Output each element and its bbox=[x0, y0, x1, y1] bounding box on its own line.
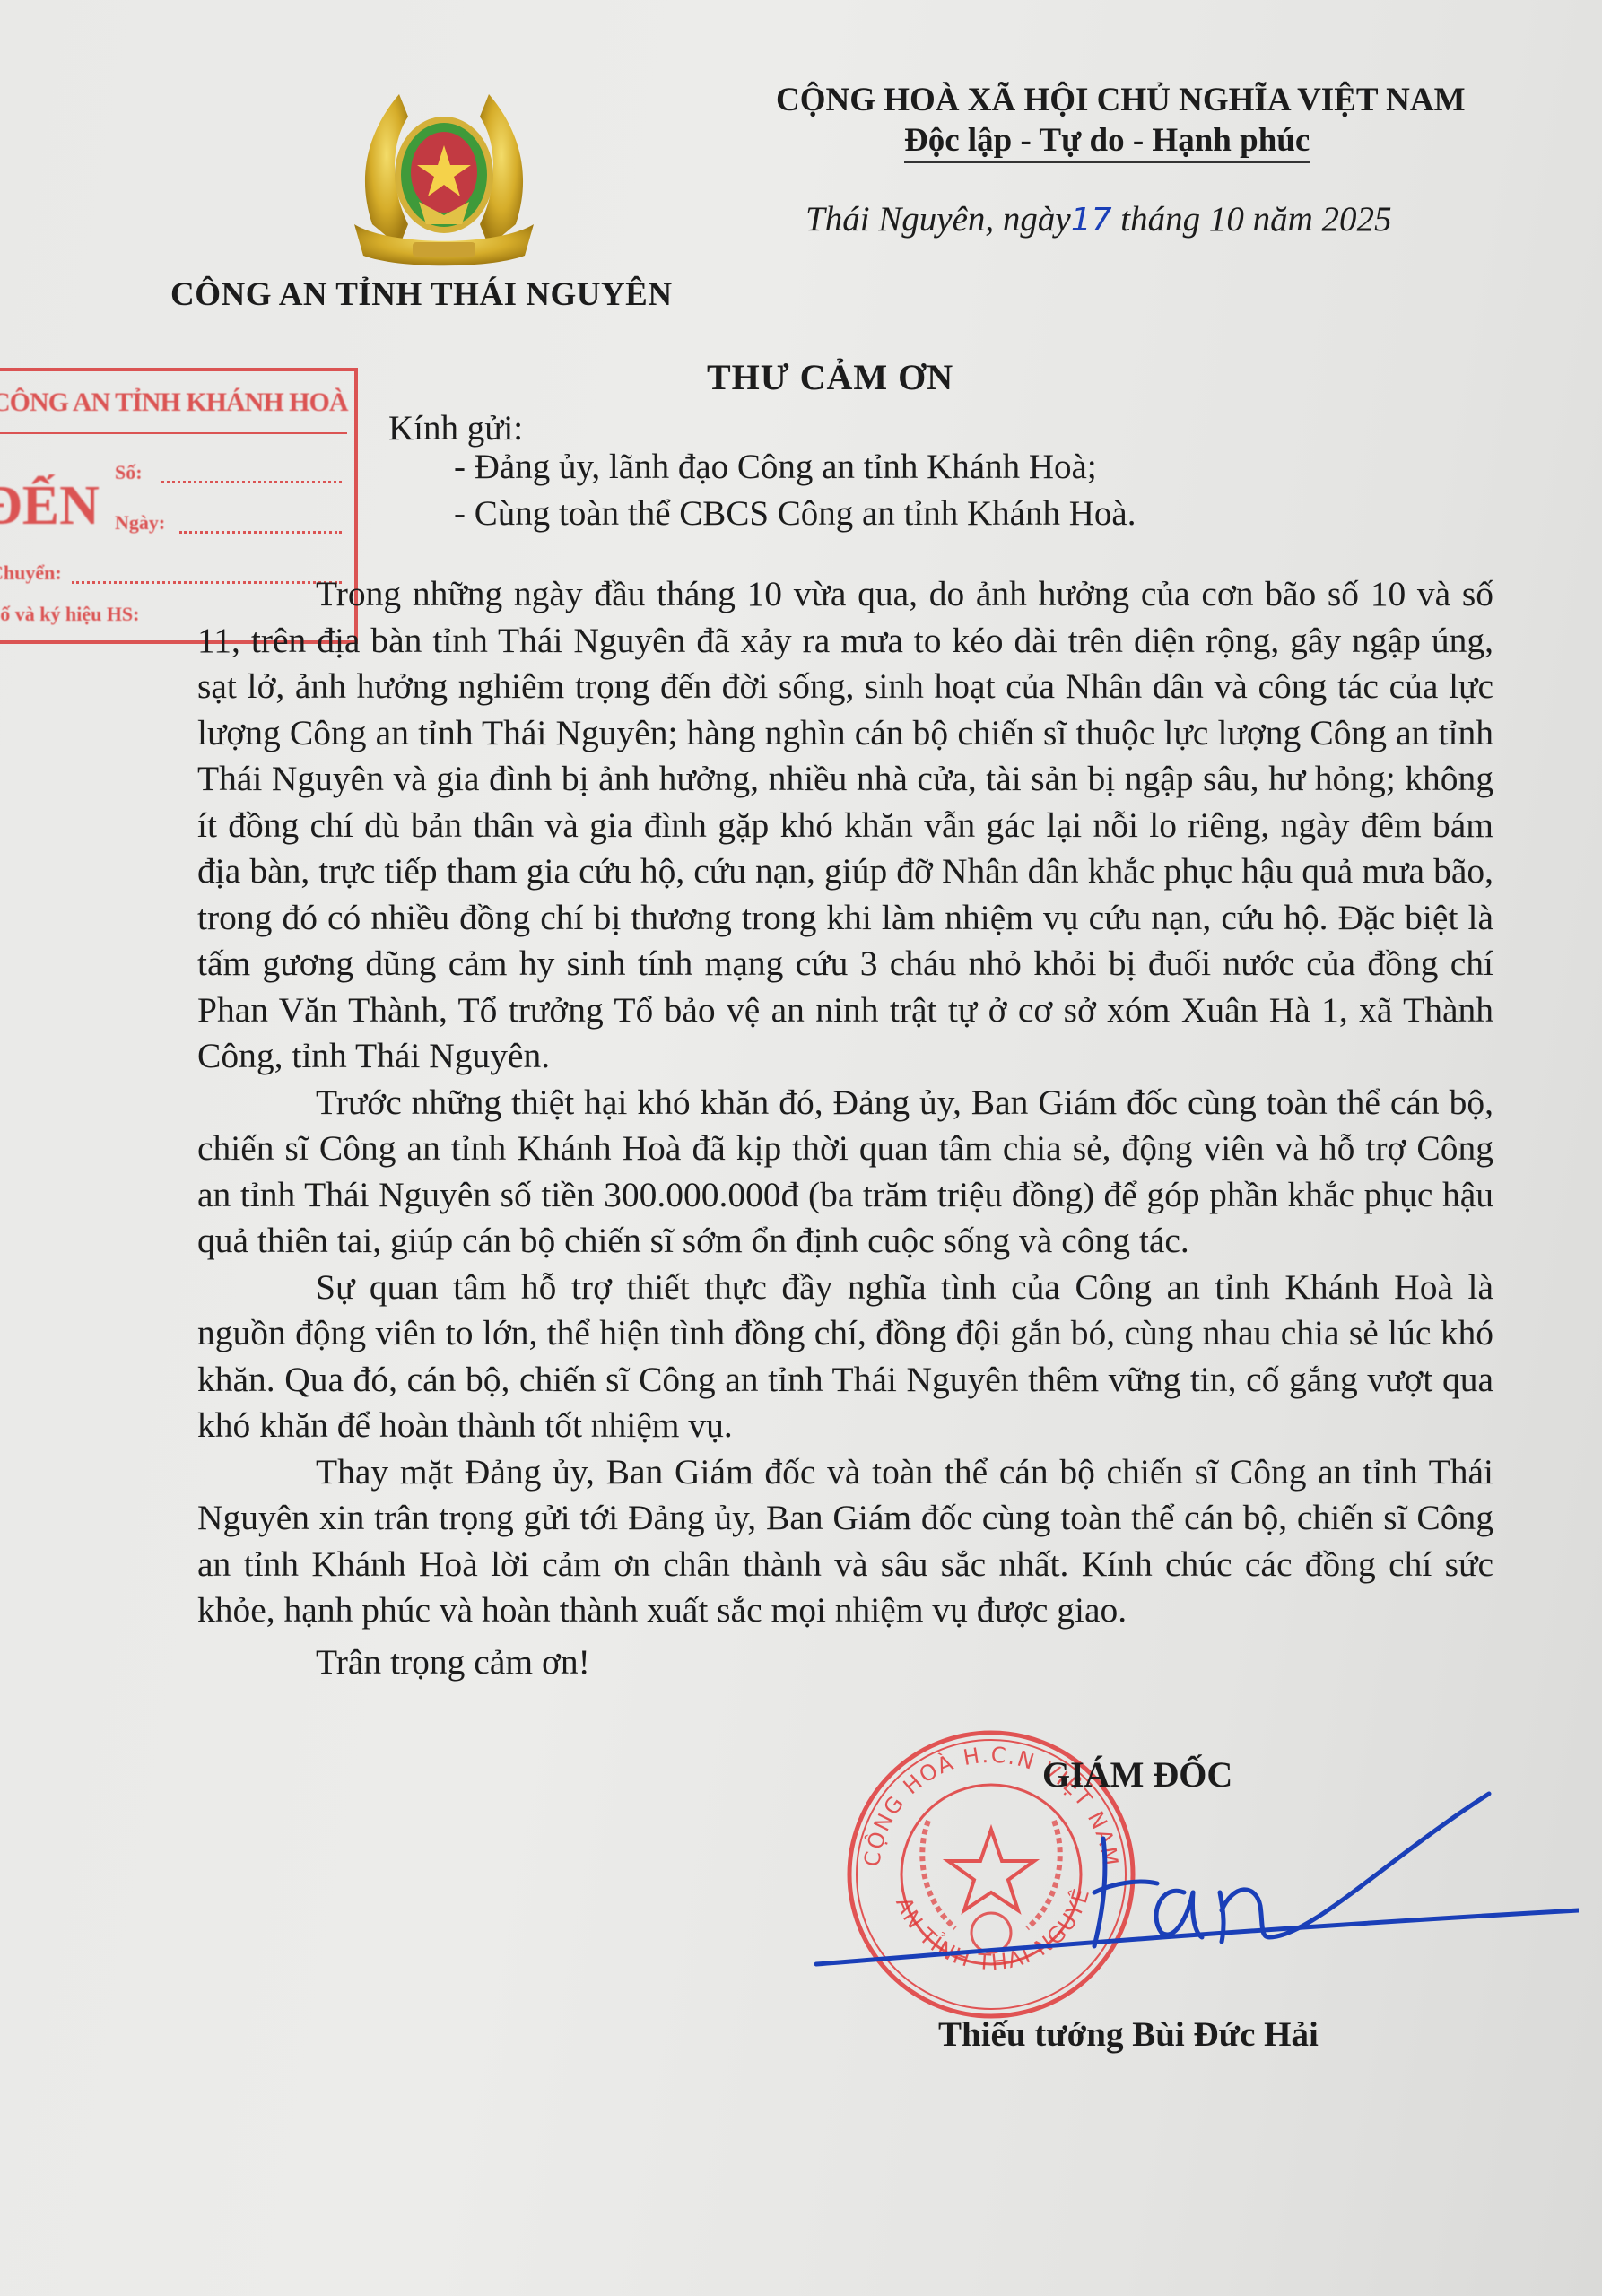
signer-name: Thiếu tướng Bùi Đức Hải bbox=[938, 2014, 1319, 2055]
national-heading: CỘNG HOÀ XÃ HỘI CHỦ NGHĨA VIỆT NAM bbox=[776, 81, 1466, 119]
received-stamp-number-label: Số: bbox=[115, 461, 143, 484]
body-paragraph: Sự quan tâm hỗ trợ thiết thực đầy nghĩa … bbox=[197, 1265, 1493, 1449]
dateline-month-year: tháng 10 năm 2025 bbox=[1112, 200, 1392, 239]
received-stamp-date-label: Ngày: bbox=[115, 511, 165, 535]
issuing-agency: CÔNG AN TỈNH THÁI NGUYÊN bbox=[170, 275, 673, 314]
closing-line: Trân trọng cảm ơn! bbox=[197, 1639, 1493, 1686]
dateline: Thái Nguyên, ngày17 tháng 10 năm 2025 bbox=[805, 199, 1392, 239]
received-stamp-file-label: Số và ký hiệu HS: bbox=[0, 603, 140, 626]
police-emblem-icon bbox=[336, 90, 552, 278]
national-motto: Độc lập - Tự do - Hạnh phúc bbox=[904, 121, 1310, 163]
letter-body: Trong những ngày đầu tháng 10 vừa qua, d… bbox=[197, 571, 1493, 1685]
received-stamp-header: CÔNG AN TỈNH KHÁNH HOÀ bbox=[0, 387, 348, 418]
recipient-item: - Đảng ủy, lãnh đạo Công an tỉnh Khánh H… bbox=[454, 447, 1097, 487]
received-stamp-big-label: ĐẾN bbox=[0, 474, 100, 538]
received-stamp-number-line bbox=[161, 481, 342, 483]
body-paragraph: Trước những thiệt hại khó khăn đó, Đảng … bbox=[197, 1080, 1493, 1265]
handwritten-signature-icon bbox=[807, 1758, 1579, 1991]
salutation: Kính gửi: bbox=[388, 408, 523, 448]
body-paragraph: Trong những ngày đầu tháng 10 vừa qua, d… bbox=[197, 571, 1493, 1080]
dateline-place: Thái Nguyên, ngày bbox=[805, 200, 1071, 239]
received-stamp-date-line bbox=[179, 531, 342, 534]
recipient-item: - Cùng toàn thể CBCS Công an tỉnh Khánh … bbox=[454, 493, 1136, 534]
dateline-day-handwritten: 17 bbox=[1071, 202, 1112, 239]
received-stamp-forward-label: Chuyển: bbox=[0, 561, 62, 585]
received-stamp-divider bbox=[0, 432, 347, 434]
body-paragraph: Thay mặt Đảng ủy, Ban Giám đốc và toàn t… bbox=[197, 1449, 1493, 1634]
letter-title: THƯ CẢM ƠN bbox=[707, 356, 953, 398]
letter-page: CÔNG AN TỈNH THÁI NGUYÊN CỘNG HOÀ XÃ HỘI… bbox=[0, 0, 1602, 2296]
